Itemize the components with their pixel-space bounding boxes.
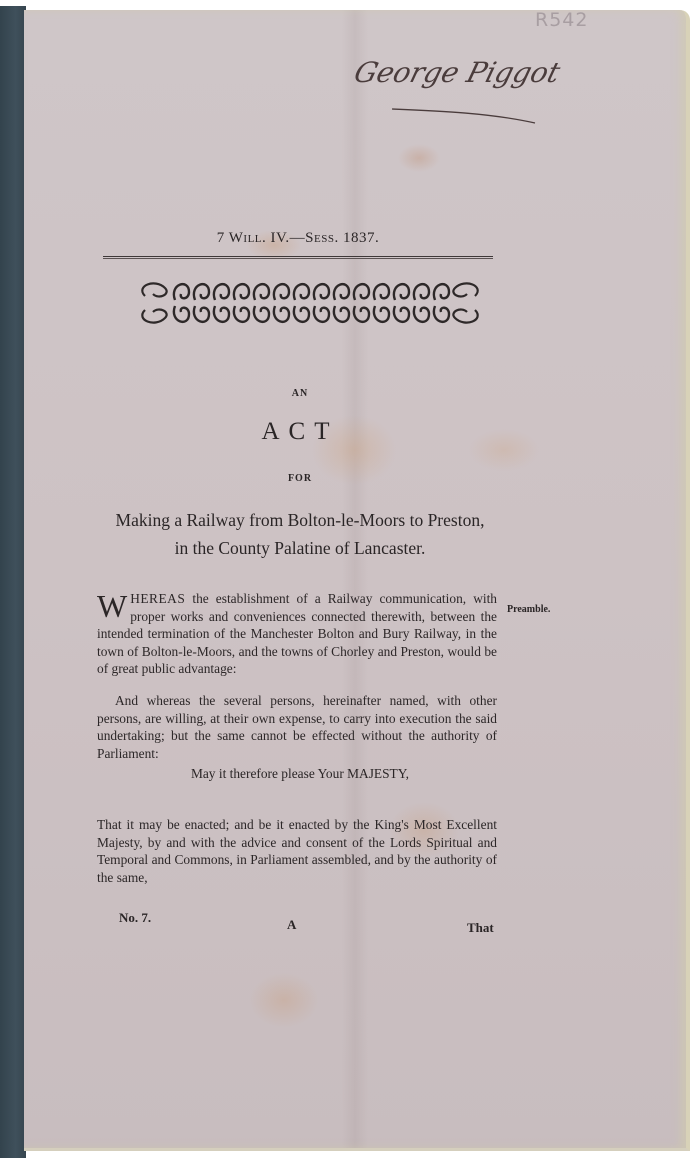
book-board-edge [0, 6, 26, 1158]
session-year: Sess. 1837. [305, 230, 379, 246]
signature-flourish-icon [390, 107, 540, 127]
preamble-paragraph-2: And whereas the several persons, hereina… [97, 692, 497, 762]
session-header: 7 Will. IV.—Sess. 1837. [103, 230, 493, 247]
header-rule [103, 256, 493, 259]
act-prefix: AN [100, 388, 500, 399]
act-for: FOR [100, 473, 500, 484]
subject-line-1: Making a Railway from Bolton-le-Moors to… [95, 506, 505, 534]
prayer-line: May it therefore please Your MAJESTY, [100, 766, 500, 782]
opening-caps: HEREAS [130, 591, 185, 606]
header-dash: — [290, 230, 306, 246]
pencil-reference-number: R542 [535, 9, 588, 31]
owner-signature: George Piggot [351, 56, 564, 89]
preamble-paragraph-1: WHEREAS the establishment of a Railway c… [97, 590, 497, 678]
subject-line-2: in the County Palatine of Lancaster. [95, 534, 505, 562]
document-page [24, 10, 690, 1151]
drop-cap: W [97, 592, 127, 620]
regnal-year: 7 Will. IV. [217, 230, 290, 246]
bill-number: No. 7. [119, 910, 151, 926]
margin-note-preamble: Preamble. [507, 604, 550, 615]
ornament-scroll-icon [135, 268, 485, 338]
act-title: ACT [100, 418, 500, 446]
signature-mark: A [287, 917, 296, 933]
catchword: That [467, 920, 494, 936]
act-subject: Making a Railway from Bolton-le-Moors to… [95, 506, 505, 562]
enacting-clause: That it may be enacted; and be it enacte… [97, 816, 497, 886]
